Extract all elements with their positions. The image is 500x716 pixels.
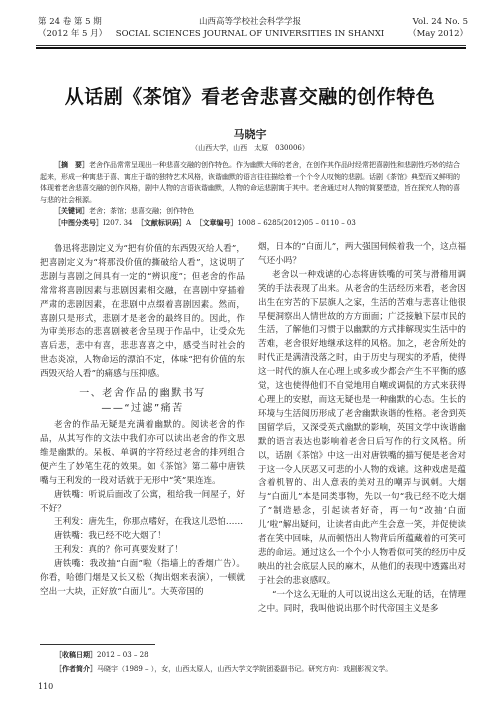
bio-value: 马晓宇（1989 – ），女，山西太原人，山西大学文学院团委副书记。研究方向：戏…: [97, 665, 392, 673]
article-author: 马晓宇: [0, 126, 500, 142]
footnote-author-bio: ［作者简介］马晓宇（1989 – ），女，山西太原人，山西大学文学院团委副书记。…: [55, 664, 392, 674]
dialogue-line: 唐铁嘴：听说后面改了公寓，租给我一间屋子，好不好？: [40, 489, 245, 517]
received-value: 2012 – 03 – 28: [97, 651, 149, 659]
dialogue-line: 唐铁嘴：我改抽“白面”啦（指墙上的香烟广告）。你看，哈德门烟是又长又松（掏出烟来…: [40, 558, 245, 600]
footnote-received: ［收稿日期］2012 – 03 – 28: [55, 650, 149, 660]
dialogue-line: 唐铁嘴：我已经不吃大烟了！: [40, 530, 245, 544]
body-column-right: 烟，日本的“白面儿”，两大强国伺候着我一个，这点福气还小吗？ 老舍以一种戏谑的心…: [258, 241, 466, 616]
header-rule-thick: [36, 47, 466, 49]
abstract-label: ［摘 要］: [54, 161, 89, 169]
body-column-left: 鲁迅将悲剧定义为“把有价值的东西毁灭给人看”，把喜剧定义为“将那没价值的撕破给人…: [40, 243, 245, 600]
clc-label: ［中图分类号］: [54, 219, 103, 227]
clc-value: I207. 34: [103, 219, 132, 227]
classification-line: ［中图分类号］I207. 34 ［文献标识码］A ［文章编号］1008 – 62…: [40, 218, 460, 230]
section-title: 一、老舍作品的幽默书写: [40, 386, 245, 401]
received-label: ［收稿日期］: [55, 651, 97, 659]
paragraph: 老舍的作品无疑是充满着幽默的。阅读老舍的作品，从其写作的文法中我们亦可以读出老舍…: [40, 419, 245, 489]
section-heading: 一、老舍作品的幽默书写 ——“过滤”痛苦: [40, 386, 245, 416]
article-title: 从话剧《茶馆》看老舍悲喜交融的创作特色: [0, 82, 500, 109]
dialogue-line: 王利发：唐先生，你那点嗜好，在我这儿恐怕……: [40, 516, 245, 530]
abstract-block: ［摘 要］老舍作品常常呈现出一种悲喜交融的创作特色。作为幽默大师的老舍，在创作其…: [40, 160, 460, 229]
author-affiliation: （山西大学，山西 太原 030006）: [0, 143, 500, 153]
keywords-label: ［关键词］: [54, 207, 89, 215]
issue-date-en: （May 2012）: [408, 28, 468, 40]
dialogue-line: 王利发：真的？你可真要发财了！: [40, 544, 245, 558]
bio-label: ［作者简介］: [55, 665, 97, 673]
doc-code-label: ［文献标识码］: [137, 219, 186, 227]
abstract: ［摘 要］老舍作品常常呈现出一种悲喜交融的创作特色。作为幽默大师的老舍，在创作其…: [40, 160, 460, 206]
section-subtitle: ——“过滤”痛苦: [40, 401, 245, 416]
journal-issue-right: Vol. 24 No. 5 （May 2012）: [408, 16, 468, 40]
header-rule-thin: [36, 45, 466, 46]
paragraph-continued: 烟，日本的“白面儿”，两大强国伺候着我一个，这点福气还小吗？: [258, 241, 466, 269]
paragraph: 老舍以一种戏谑的心态将唐铁嘴的可笑与滑稽用调笑的手法表现了出来。从老舍的生活经历…: [258, 269, 466, 589]
paragraph: “一个这么无耻的人可以说出这么无耻的话，在情理之中。同时，我叫他说出那个时代帝国…: [258, 589, 466, 617]
keywords: ［关键词］老舍；茶馆；悲喜交融；创作特色: [40, 206, 460, 218]
doc-code-value: A: [186, 219, 191, 227]
issue-volume-en: Vol. 24 No. 5: [408, 16, 468, 28]
article-id-label: ［文章编号］: [195, 219, 237, 227]
keywords-text: 老舍；茶馆；悲喜交融；创作特色: [89, 207, 194, 215]
page-number: 110: [38, 682, 53, 691]
footnote-rule: [40, 644, 155, 645]
paragraph: 鲁迅将悲剧定义为“把有价值的东西毁灭给人看”，把喜剧定义为“将那没价值的撕破给人…: [40, 243, 245, 382]
abstract-text: 老舍作品常常呈现出一种悲喜交融的创作特色。作为幽默大师的老舍，在创作其作品时经常…: [40, 161, 460, 204]
article-id-value: 1008 – 6285(2012)05 – 0110 – 03: [237, 219, 355, 227]
